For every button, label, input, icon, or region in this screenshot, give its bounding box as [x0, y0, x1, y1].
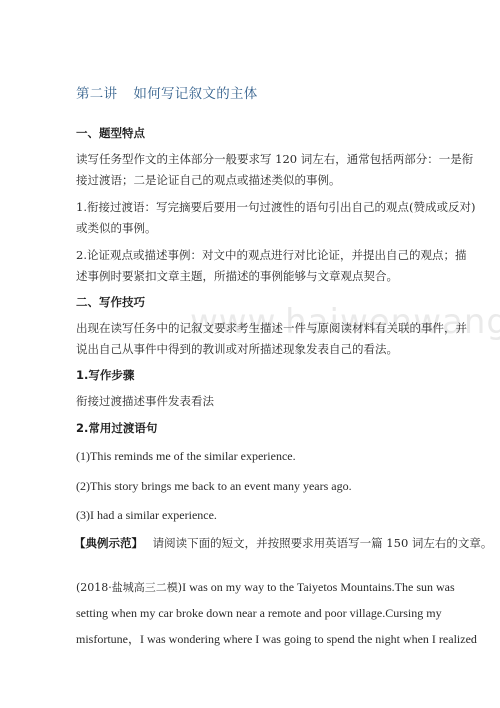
document-page: www.haiwenwang.cn 第二讲如何写记叙文的主体 一、题型特点 读写…	[0, 0, 500, 708]
transition-phrase-2: (2)This story brings me back to an event…	[76, 478, 352, 494]
example-instruction: 请阅读下面的短文，并按照要求用英语写一篇 150 词左右的文章。	[153, 536, 493, 550]
lecture-title: 如何写记叙文的主体	[133, 86, 257, 102]
section1-item1-line1: 1.衔接过渡语：写完摘要后要用一句过渡性的语句引出自己的观点(赞成或反对)	[76, 199, 475, 215]
example-label: 【典例示范】	[74, 536, 143, 550]
page-title: 第二讲如何写记叙文的主体	[76, 86, 258, 102]
example-source: (2018·盐城高三二模)	[76, 581, 182, 594]
example-instruction-line: 【典例示范】 请阅读下面的短文，并按照要求用英语写一篇 150 词左右的文章。	[74, 535, 492, 551]
transition-phrase-3: (3)I had a similar experience.	[76, 507, 217, 523]
example-passage-line1: (2018·盐城高三二模)I was on my way to the Taiy…	[76, 579, 424, 596]
section1-item2-line1: 2.论证观点或描述事例：对文中的观点进行对比论证，并提出自己的观点；描	[76, 247, 466, 263]
section1-intro-line2: 接过渡语；二是论证自己的观点或描述类似的事例。	[76, 172, 341, 188]
example-passage-line2: setting when my car broke down near a re…	[76, 605, 424, 621]
section1-heading: 一、题型特点	[76, 125, 145, 141]
section1-item2-line2: 述事例时要紧扣文章主题，所描述的事例能够与文章观点契合。	[76, 268, 398, 284]
section1-intro-line1: 读写任务型作文的主体部分一般要求写 120 词左右，通常包括两部分：一是衔	[76, 151, 473, 167]
writing-steps-text: 衔接过渡描述事件发表看法	[76, 393, 214, 409]
section1-item1-line2: 或类似的事例。	[76, 220, 157, 236]
writing-steps-heading: 1.写作步骤	[76, 367, 134, 383]
section2-intro-line2: 说出自己从事件中得到的教训或对所描述现象发表自己的看法。	[76, 341, 398, 357]
transition-phrase-1: (1)This reminds me of the similar experi…	[76, 448, 296, 464]
transition-phrases-heading: 2.常用过渡语句	[76, 420, 157, 436]
lecture-number: 第二讲	[76, 86, 117, 102]
section2-intro-line1: 出现在读写任务中的记叙文要求考生描述一件与原阅读材料有关联的事件，并	[76, 320, 467, 336]
example-passage-line3: misfortune，I was wondering where I was g…	[76, 631, 424, 647]
section2-heading: 二、写作技巧	[76, 294, 145, 310]
